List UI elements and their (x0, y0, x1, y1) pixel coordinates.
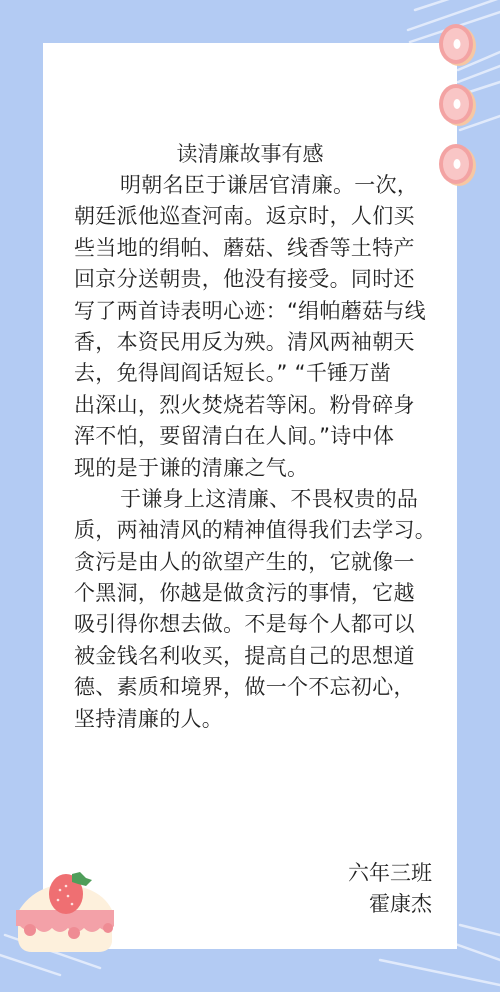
strawberry-cake-icon (12, 870, 118, 962)
text-line: 坚持清廉的人。 (74, 704, 474, 735)
text-line: 明朝名臣于谦居官清廉。一次， (74, 170, 474, 201)
text-line: 于谦身上这清廉、不畏权贵的品 (74, 484, 474, 515)
paragraph-1: 明朝名臣于谦居官清廉。一次， 朝廷派他巡查河南。返京时，人们买 些当地的绢帕、蘑… (74, 170, 474, 484)
essay-title: 读清廉故事有感 (43, 139, 457, 169)
text-line: 去，免得闾阎话短长。” “千锤万凿 (74, 358, 474, 389)
paragraph-2: 于谦身上这清廉、不畏权贵的品 质，两袖清风的精神值得我们去学习。 贪污是由人的欲… (74, 484, 474, 735)
class-name: 六年三班 (348, 858, 432, 888)
essay-card: 读清廉故事有感 明朝名臣于谦居官清廉。一次， 朝廷派他巡查河南。返京时，人们买 … (43, 43, 457, 949)
text-line: 些当地的绢帕、蘑菇、线香等土特产 (74, 233, 474, 264)
text-line: 现的是于谦的清廉之气。 (74, 453, 474, 484)
text-line: 回京分送朝贵，他没有接受。同时还 (74, 264, 474, 295)
text-line: 出深山，烈火焚烧若等闲。粉骨碎身 (74, 390, 474, 421)
donut-icon (436, 22, 478, 68)
text-line: 质，两袖清风的精神值得我们去学习。 (74, 515, 474, 546)
text-line: 个黑洞，你越是做贪污的事情，它越 (74, 578, 474, 609)
text-line: 吸引得你想去做。不是每个人都可以 (74, 609, 474, 640)
text-line: 写了两首诗表明心迹：“绢帕蘑菇与线 (74, 296, 474, 327)
text-line: 香，本资民用反为殃。清风两袖朝天 (74, 327, 474, 358)
text-line: 贪污是由人的欲望产生的，它就像一 (74, 547, 474, 578)
essay-body: 明朝名臣于谦居官清廉。一次， 朝廷派他巡查河南。返京时，人们买 些当地的绢帕、蘑… (74, 170, 474, 735)
text-line: 被金钱名利收买，提高自己的思想道 (74, 641, 474, 672)
donut-icon (436, 142, 478, 188)
text-line: 德、素质和境界，做一个不忘初心， (74, 672, 474, 703)
text-line: 朝廷派他巡查河南。返京时，人们买 (74, 201, 474, 232)
author-name: 霍康杰 (369, 889, 432, 919)
donut-icon (436, 82, 478, 128)
text-line: 浑不怕，要留清白在人间。”诗中体 (74, 421, 474, 452)
